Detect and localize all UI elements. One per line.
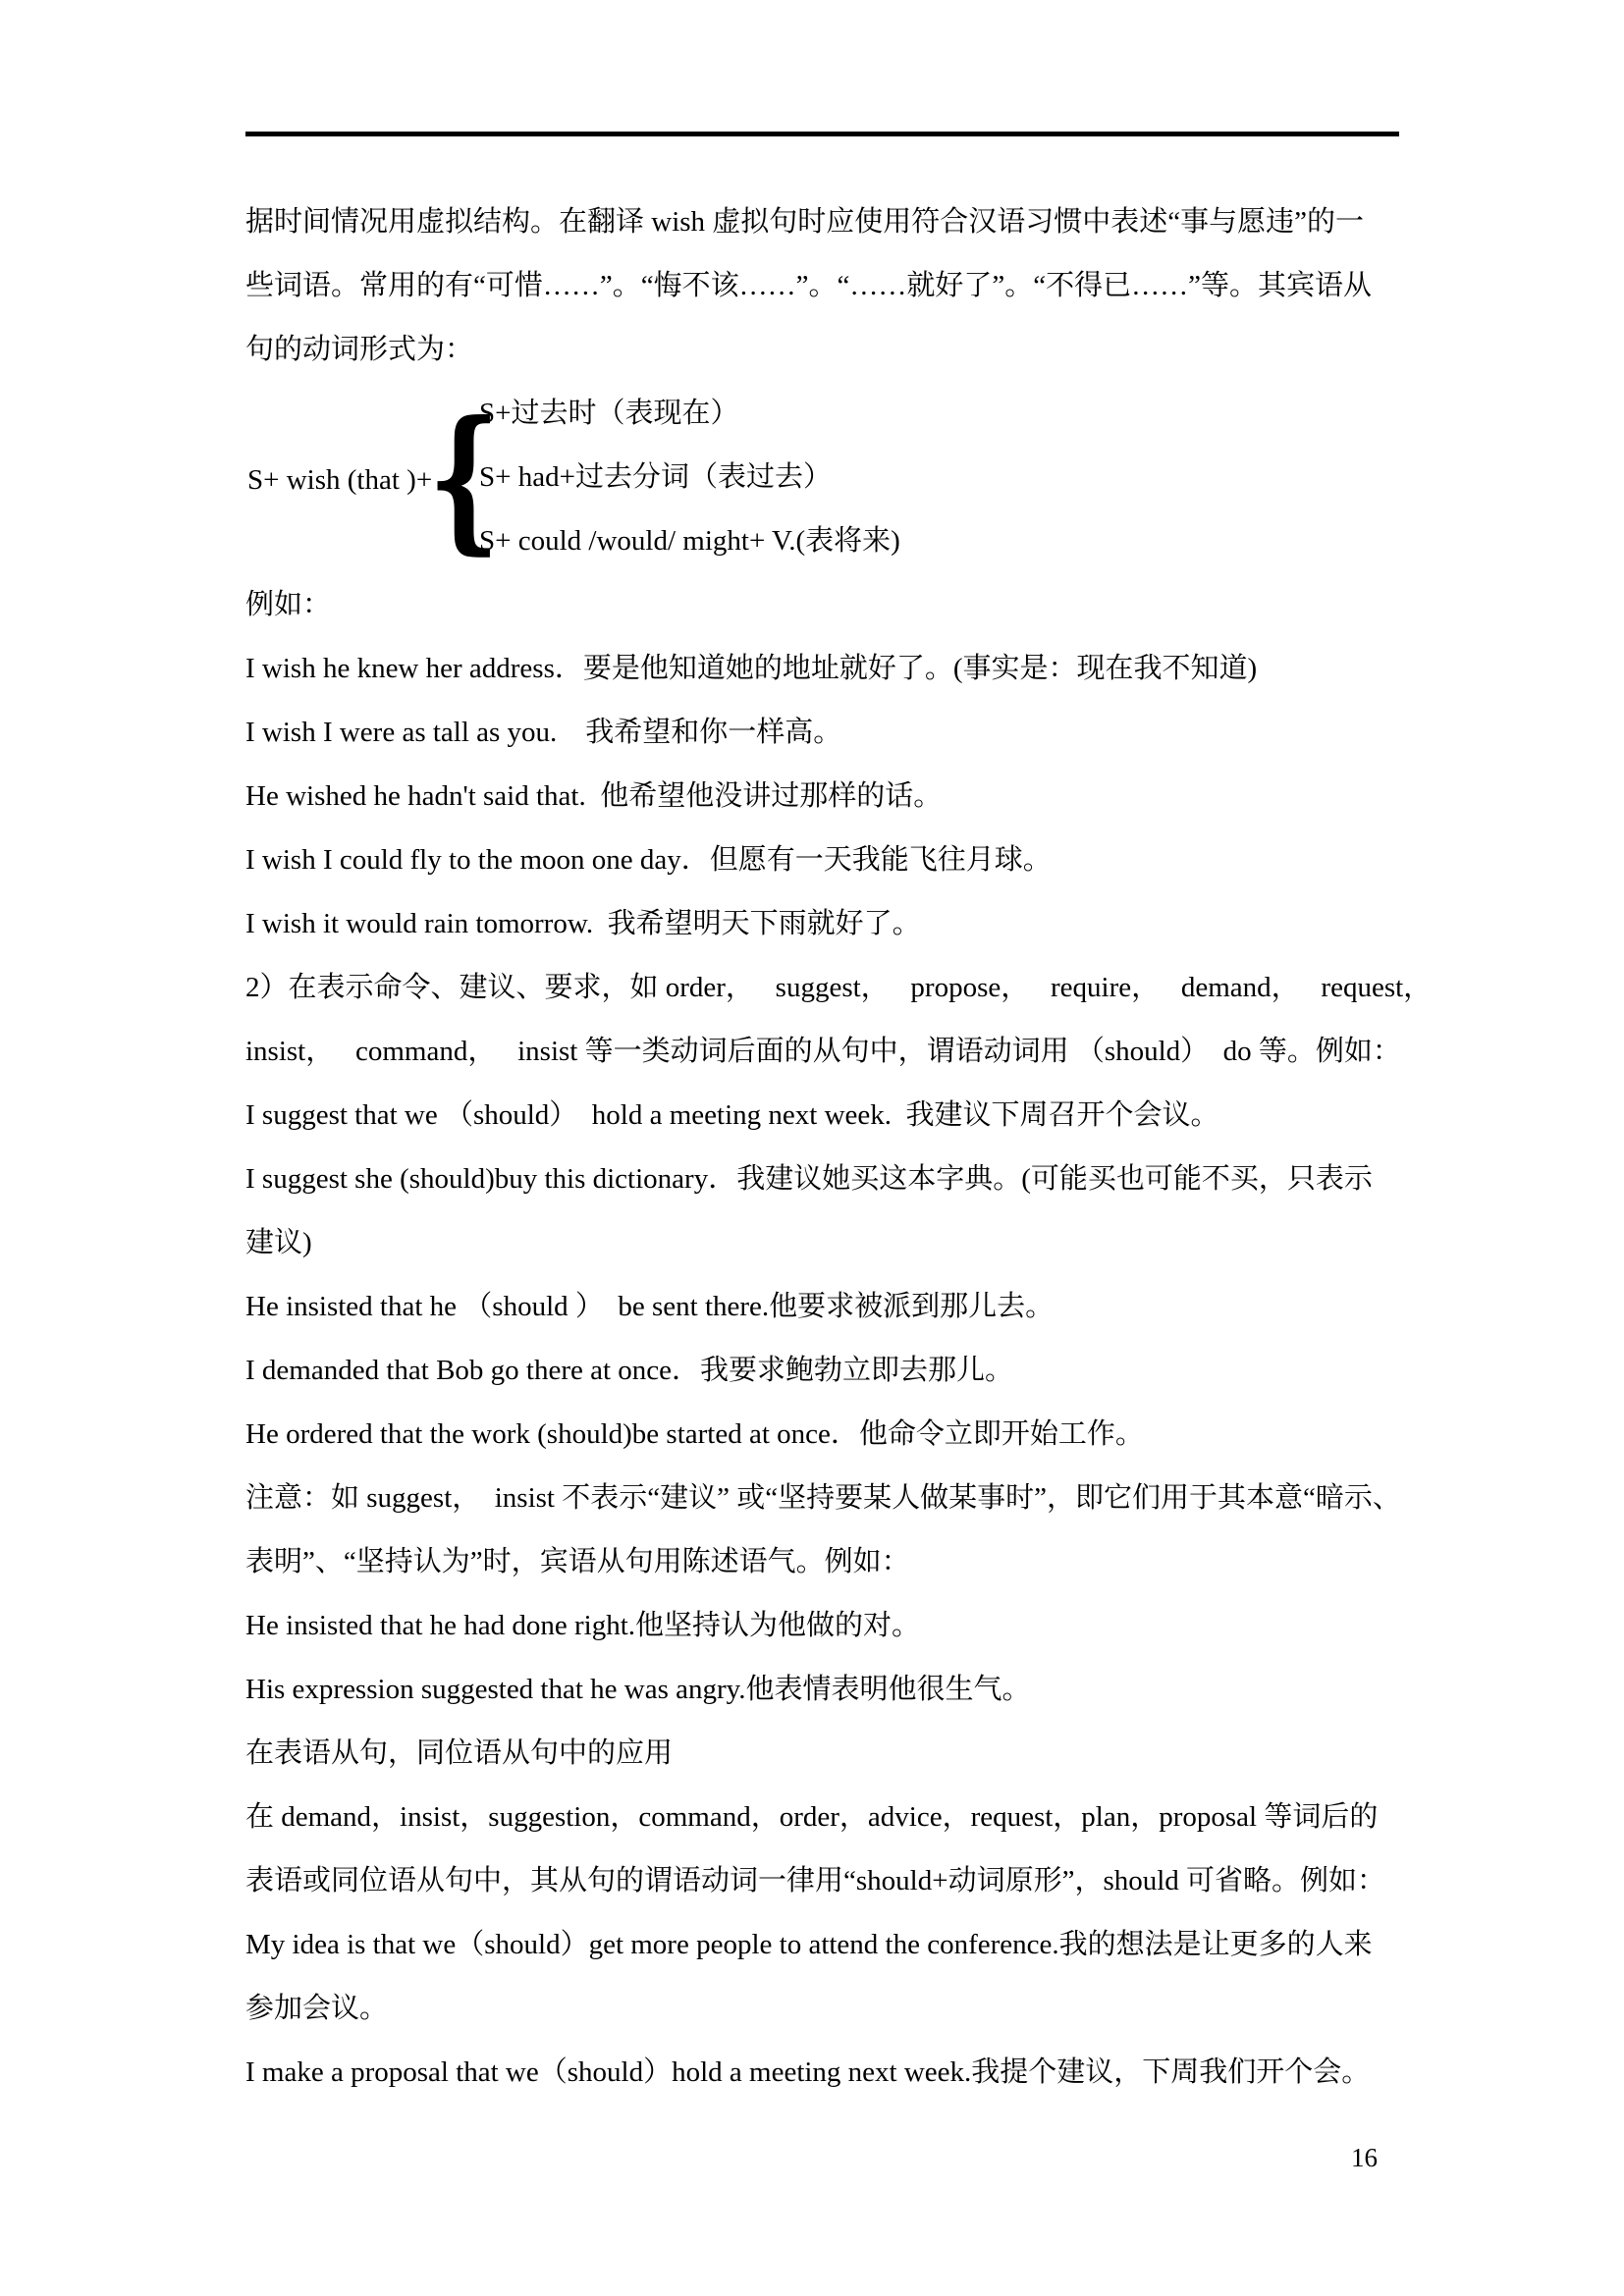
paragraph-line: 在 demand，insist，suggestion，command，order…	[245, 1786, 1414, 1849]
paragraph-line: 表语或同位语从句中，其从句的谓语动词一律用“should+动词原形”，shoul…	[245, 1849, 1414, 1913]
paragraph-line: He insisted that he had done right.他坚持认为…	[245, 1594, 1414, 1658]
wish-option-line: S+过去时（表现在）	[479, 382, 1402, 446]
page-number: 16	[1351, 2138, 1378, 2177]
paragraph-line: He ordered that the work (should)be star…	[245, 1403, 1414, 1467]
paragraph-line: I make a proposal that we（should）hold a …	[245, 2041, 1414, 2105]
paragraph-line: My idea is that we（should）get more peopl…	[245, 1913, 1414, 1977]
wish-formula-diagram: S+ wish (that )+ { S+过去时（表现在） S+ had+过去分…	[245, 382, 1414, 573]
paragraph-line: I wish I were as tall as you. 我希望和你一样高。	[245, 701, 1414, 765]
paragraph-line: 2）在表示命令、建议、要求，如 order， suggest， propose，…	[245, 956, 1414, 1020]
paragraph-line: 表明”、“坚持认为”时，宾语从句用陈述语气。例如：	[245, 1530, 1414, 1594]
paragraph-line: He insisted that he （should ） be sent th…	[245, 1275, 1414, 1339]
paragraph-line: 注意：如 suggest， insist 不表示“建议” 或“坚持要某人做某事时…	[245, 1467, 1414, 1530]
wish-formula-lead: S+ wish (that )+	[247, 449, 432, 512]
paragraph-line: insist， command， insist 等一类动词后面的从句中，谓语动词…	[245, 1020, 1414, 1084]
paragraph-line: I wish he knew her address．要是他知道她的地址就好了。…	[245, 637, 1414, 701]
paragraph-line: I wish it would rain tomorrow. 我希望明天下雨就好…	[245, 892, 1414, 956]
paragraph-line: 些词语。常用的有“可惜……”。“悔不该……”。“……就好了”。“不得已……”等。…	[245, 254, 1414, 318]
paragraph-line: 例如：	[245, 573, 1414, 637]
wish-formula-options: S+过去时（表现在） S+ had+过去分词（表过去） S+ could /wo…	[479, 382, 1402, 573]
paragraph-line: I demanded that Bob go there at once．我要求…	[245, 1339, 1414, 1403]
paragraph-line: 参加会议。	[245, 1977, 1414, 2041]
paragraph-line: He wished he hadn't said that. 他希望他没讲过那样…	[245, 765, 1414, 828]
paragraph-line: 在表语从句，同位语从句中的应用	[245, 1722, 1414, 1786]
paragraph-line: I suggest she (should)buy this dictionar…	[245, 1148, 1414, 1211]
paragraph-line: 建议)	[245, 1211, 1414, 1275]
header-rule	[245, 132, 1399, 136]
wish-option-line: S+ had+过去分词（表过去）	[479, 446, 1402, 509]
paragraph-line: I suggest that we （should） hold a meetin…	[245, 1084, 1414, 1148]
paragraph-line: 句的动词形式为：	[245, 318, 1414, 382]
paragraph-line: I wish I could fly to the moon one day．但…	[245, 828, 1414, 892]
wish-option-line: S+ could /would/ might+ V.(表将来)	[479, 509, 1402, 573]
document-page: 据时间情况用虚拟结构。在翻译 wish 虚拟句时应使用符合汉语习惯中表述“事与愿…	[0, 0, 1624, 2296]
paragraph-line: His expression suggested that he was ang…	[245, 1658, 1414, 1722]
document-body: 据时间情况用虚拟结构。在翻译 wish 虚拟句时应使用符合汉语习惯中表述“事与愿…	[245, 190, 1414, 2105]
paragraph-line: 据时间情况用虚拟结构。在翻译 wish 虚拟句时应使用符合汉语习惯中表述“事与愿…	[245, 190, 1414, 254]
